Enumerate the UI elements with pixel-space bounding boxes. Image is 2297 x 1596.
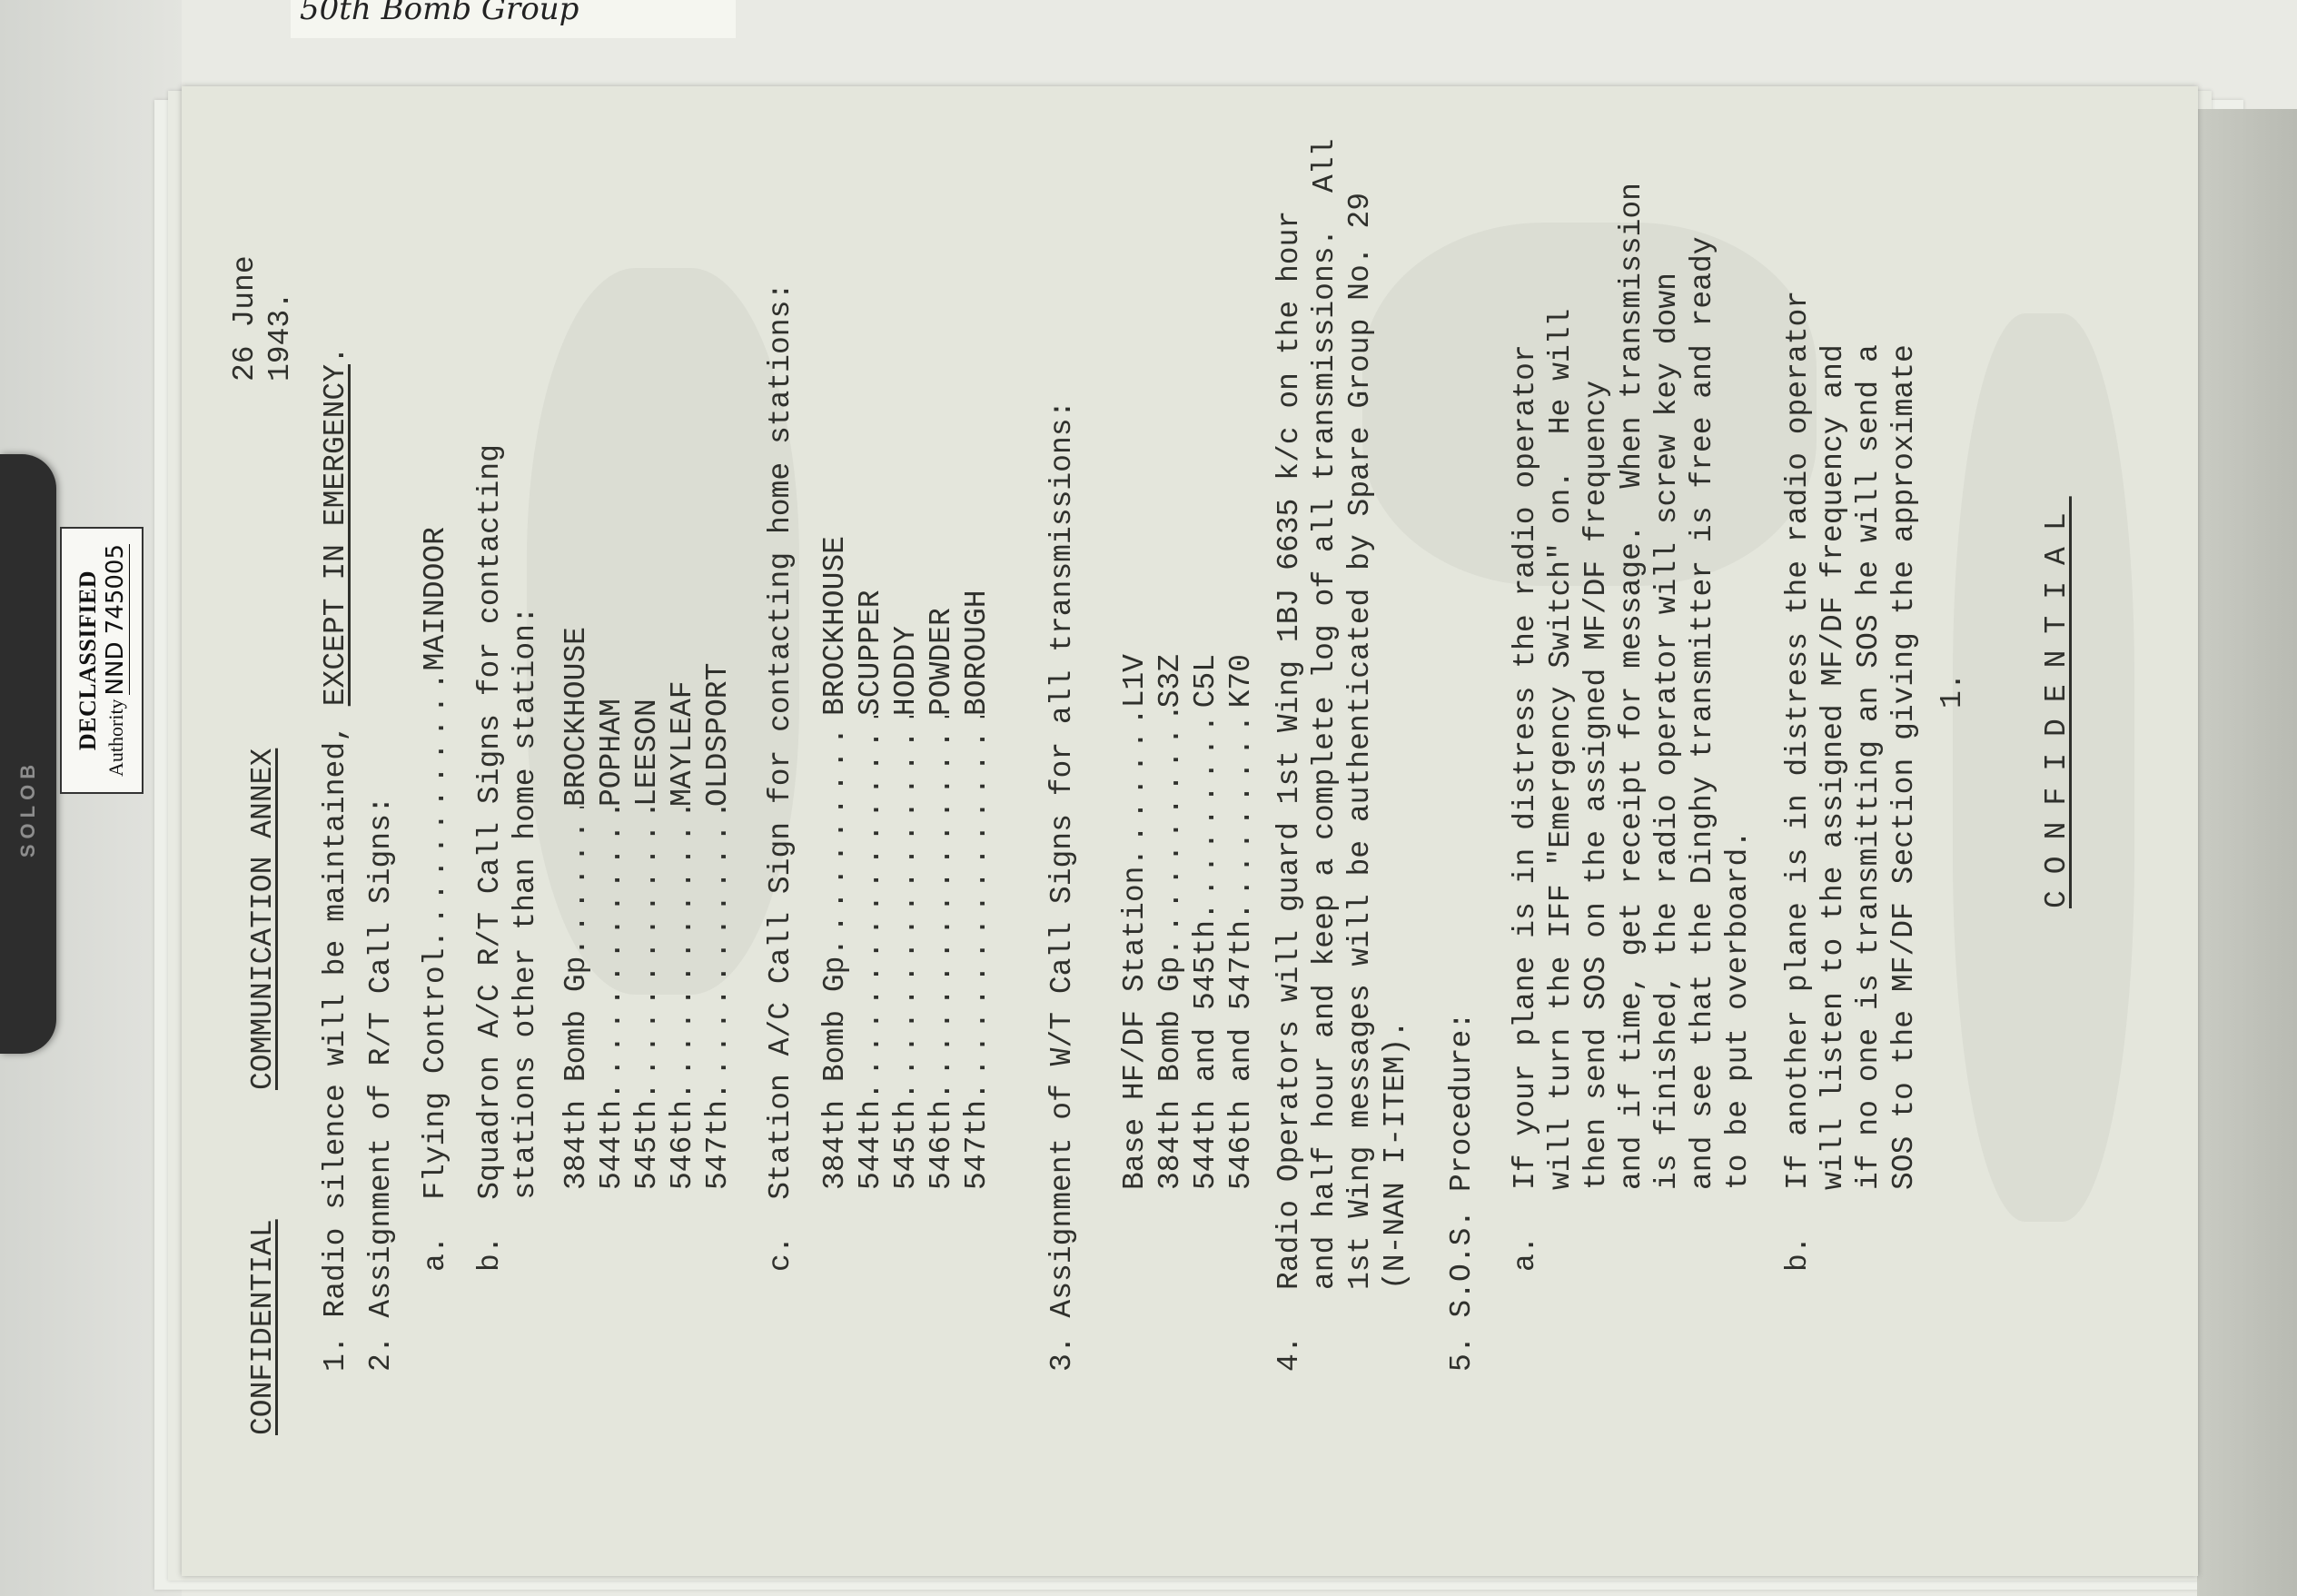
stamp-authority: AuthorityNND 745005 xyxy=(102,533,129,788)
sos-procedure-a: a. If your plane is in distress the radi… xyxy=(1508,183,1756,1272)
page-number: 1. xyxy=(1935,672,1970,709)
callsign-row: 544th..............................POPHA… xyxy=(594,627,629,1190)
callsign-row: Base HF/DF Station....................L1… xyxy=(1117,654,1153,1190)
station-callsigns-list: 384th Bomb Gp...........................… xyxy=(817,536,995,1190)
declassified-stamp: DECLASSIFIED AuthorityNND 745005 xyxy=(60,527,144,794)
section-5-title: 5. S.O.S. Procedure: xyxy=(1444,1012,1480,1372)
callsign-row: 546th..............................MAYLE… xyxy=(665,627,700,1190)
handwritten-note: 50th Bomb Group xyxy=(291,0,736,38)
stamp-title: DECLASSIFIED xyxy=(74,533,102,788)
section-2-title: 2. Assignment of R/T Call Signs: xyxy=(363,796,399,1372)
callsign-row: 546th and 547th....................K70 xyxy=(1223,654,1259,1190)
callsign-row: 544th..............................SCUPP… xyxy=(853,536,888,1190)
table-surface xyxy=(2197,109,2297,1596)
callsign-row: 544th and 545th....................C5L xyxy=(1188,654,1223,1190)
sos-procedure-b: b. If another plane is in distress the r… xyxy=(1780,291,1922,1272)
callsign-row: 547th..............................OLDSP… xyxy=(700,627,736,1190)
callsign-row: 384th Bomb Gp...........................… xyxy=(817,536,853,1190)
section-1: 1. Radio silence will be maintained, EXC… xyxy=(318,346,353,1372)
authority-number: NND 745005 xyxy=(102,544,130,695)
callsign-row: 384th Bomb Gp....................S3Z xyxy=(1153,654,1188,1190)
callsign-row: 545th..............................LEESO… xyxy=(629,627,665,1190)
callsign-row: 384th Bomb Gp...........................… xyxy=(559,627,594,1190)
squadron-callsigns-list: 384th Bomb Gp...........................… xyxy=(559,627,736,1190)
callsign-row: 547th..............................BOROU… xyxy=(959,536,995,1190)
flying-control-row: a. Flying Control.......................… xyxy=(418,527,453,1272)
wt-callsigns-list: Base HF/DF Station....................L1… xyxy=(1117,654,1259,1190)
binder-clip: SOLOB xyxy=(0,454,56,1054)
footer-classification: CONFIDENTIAL xyxy=(2039,496,2074,908)
section-4: 4. Radio Operators will guard 1st Wing 1… xyxy=(1272,139,1413,1372)
annex-title: COMMUNICATION ANNEX xyxy=(245,748,281,1090)
section-3-title: 3. Assignment of W/T Call Signs for all … xyxy=(1045,401,1080,1372)
document-date: 26 June 1943. xyxy=(227,182,298,382)
photo-scene: SOLOB DECLASSIFIED AuthorityNND 745005 5… xyxy=(0,0,2297,1596)
binder-label: SOLOB xyxy=(13,727,44,890)
document-text: CONFIDENTIAL COMMUNICATION ANNEX 26 June… xyxy=(245,182,1971,1453)
callsign-row: 546th..............................POWDE… xyxy=(924,536,959,1190)
station-callsign-intro: c. Station A/C Call Sign for contacting … xyxy=(763,283,798,1272)
squadron-callsigns-intro: b. Squadron A/C R/T Call Signs for conta… xyxy=(472,444,543,1272)
classification-header: CONFIDENTIAL xyxy=(245,1219,281,1435)
callsign-row: 545th..............................HODDY xyxy=(888,536,924,1190)
